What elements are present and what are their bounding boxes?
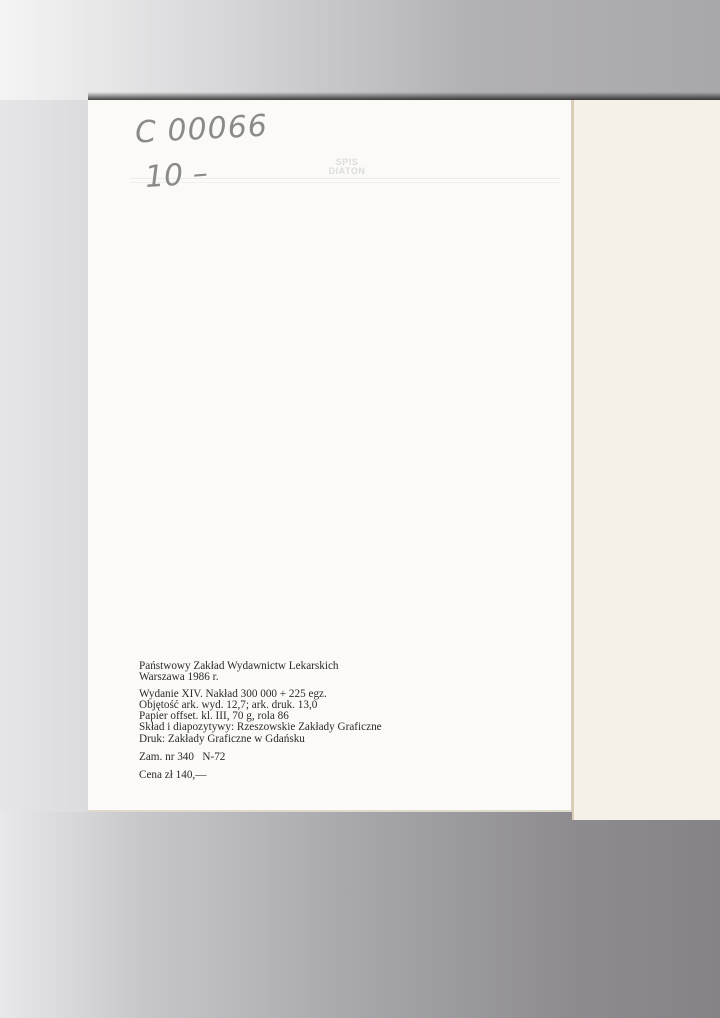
bleed-through-heading: SPISDIATON [312, 158, 382, 176]
scanner-background-top [0, 0, 720, 100]
scanner-background-bottom [0, 812, 720, 1018]
place-year: Warszawa 1986 r. [139, 672, 459, 683]
price: Cena zł 140,— [139, 770, 459, 781]
handwritten-catalog-number: C 00066 [134, 109, 269, 151]
book-page-right [572, 100, 720, 820]
order-number: Zam. nr 340 N-72 [139, 752, 459, 763]
colophon: Państwowy Zakład Wydawnictw Lekarskich W… [139, 661, 459, 782]
printing-info: Druk: Zakłady Graficzne w Gdańsku [139, 734, 459, 745]
handwritten-mark: 10 – [144, 156, 209, 195]
